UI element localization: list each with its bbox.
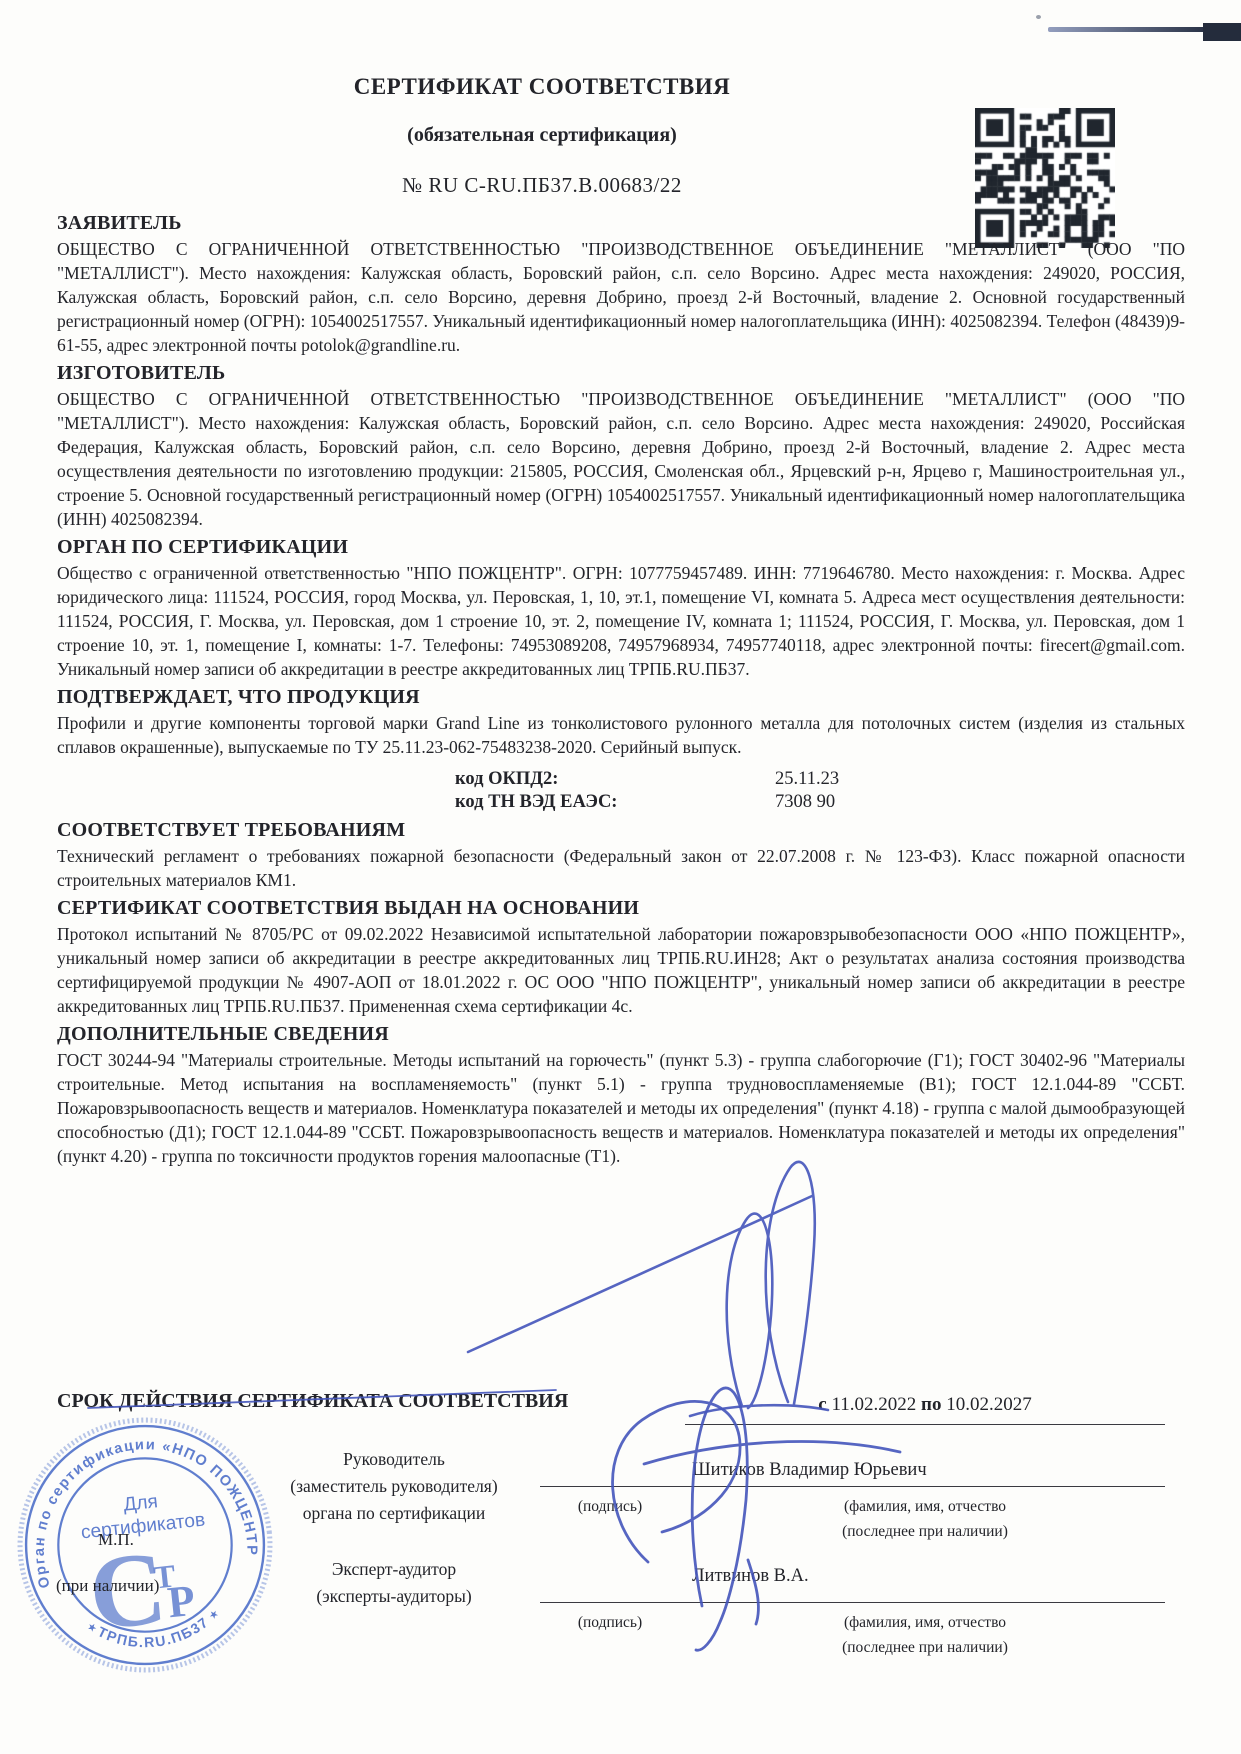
role-head-line2: (заместитель руководителя) [262, 1473, 526, 1500]
scan-artifact-speck [1036, 15, 1041, 19]
validity-dates: с 11.02.2022 по 10.02.2027 [685, 1394, 1165, 1416]
mp-note: (при наличии) [56, 1576, 159, 1596]
validity-to-label: по [921, 1394, 941, 1415]
stamp-center-line1: Для [122, 1491, 158, 1515]
code-okpd2-row: код ОКПД2: 25.11.23 [57, 769, 1185, 790]
role-head-line3: органа по сертификации [262, 1500, 526, 1527]
certificate-page: СЕРТИФИКАТ СООТВЕТСТВИЯ (обязательная се… [0, 0, 1241, 1754]
validity-from-date: 11.02.2022 [831, 1394, 916, 1415]
code-okpd2-value: 25.11.23 [775, 769, 839, 790]
validity-underline [685, 1424, 1165, 1425]
section-certification-body-heading: ОРГАН ПО СЕРТИФИКАЦИИ [57, 536, 1185, 559]
fio-caption-2-line2: (последнее при наличии) [790, 1635, 1060, 1660]
section-basis: СЕРТИФИКАТ СООТВЕТСТВИЯ ВЫДАН НА ОСНОВАН… [57, 897, 1185, 1018]
sections: ЗАЯВИТЕЛЬ ОБЩЕСТВО С ОГРАНИЧЕННОЙ ОТВЕТС… [57, 212, 1185, 1168]
section-certification-body: ОРГАН ПО СЕРТИФИКАЦИИ Общество с огранич… [57, 536, 1185, 681]
section-requirements: СООТВЕТСТВУЕТ ТРЕБОВАНИЯМ Технический ре… [57, 819, 1185, 892]
sign-caption-1: (подпись) [545, 1494, 675, 1519]
product-codes: код ОКПД2: 25.11.23 код ТН ВЭД ЕАЭС: 730… [57, 769, 1185, 813]
fio-caption-1-line2: (последнее при наличии) [790, 1519, 1060, 1544]
mp-label: М.П. [98, 1530, 134, 1550]
certification-stamp: Орган по сертификации «НПО ПОЖЦЕНТР» ٭ Т… [14, 1412, 276, 1674]
code-tnved-value: 7308 90 [775, 792, 835, 813]
section-certification-body-text: Общество с ограниченной ответственностью… [57, 561, 1185, 681]
section-additional-info-heading: ДОПОЛНИТЕЛЬНЫЕ СВЕДЕНИЯ [57, 1023, 1185, 1046]
section-applicant: ЗАЯВИТЕЛЬ ОБЩЕСТВО С ОГРАНИЧЕННОЙ ОТВЕТС… [57, 212, 1185, 357]
role-expert-auditor: Эксперт-аудитор (эксперты-аудиторы) [262, 1556, 526, 1610]
expert-name: Литвинов В.А. [692, 1566, 809, 1587]
fio-caption-1: (фамилия, имя, отчество (последнее при н… [790, 1494, 1060, 1544]
stamp-logo-r: Р [165, 1575, 197, 1628]
certificate-title: СЕРТИФИКАТ СООТВЕТСТВИЯ [57, 74, 1027, 100]
sign-caption-2: (подпись) [545, 1610, 675, 1635]
section-additional-info-body: ГОСТ 30244-94 "Материалы строительные. М… [57, 1048, 1185, 1168]
section-product-heading: ПОДТВЕРЖДАЕТ, ЧТО ПРОДУКЦИЯ [57, 686, 1185, 709]
section-manufacturer-body: ОБЩЕСТВО С ОГРАНИЧЕННОЙ ОТВЕТСТВЕННОСТЬЮ… [57, 387, 1185, 531]
section-product: ПОДТВЕРЖДАЕТ, ЧТО ПРОДУКЦИЯ Профили и др… [57, 686, 1185, 759]
signature-line-2 [540, 1602, 1165, 1603]
section-manufacturer-heading: ИЗГОТОВИТЕЛЬ [57, 362, 1185, 385]
head-name: Шитиков Владимир Юрьевич [692, 1460, 927, 1481]
fio-caption-2-line1: (фамилия, имя, отчество [790, 1610, 1060, 1635]
section-requirements-body: Технический регламент о требованиях пожа… [57, 844, 1185, 892]
validity-to-date: 10.02.2027 [946, 1394, 1032, 1415]
title-block: СЕРТИФИКАТ СООТВЕТСТВИЯ (обязательная се… [57, 74, 1027, 198]
section-basis-body: Протокол испытаний № 8705/РС от 09.02.20… [57, 922, 1185, 1018]
role-head-of-body: Руководитель (заместитель руководителя) … [262, 1446, 526, 1527]
section-additional-info: ДОПОЛНИТЕЛЬНЫЕ СВЕДЕНИЯ ГОСТ 30244-94 "М… [57, 1023, 1185, 1168]
fio-caption-1-line1: (фамилия, имя, отчество [790, 1494, 1060, 1519]
validity-from-label: с [818, 1394, 826, 1415]
section-applicant-body: ОБЩЕСТВО С ОГРАНИЧЕННОЙ ОТВЕТСТВЕННОСТЬЮ… [57, 237, 1185, 357]
fio-caption-2: (фамилия, имя, отчество (последнее при н… [790, 1610, 1060, 1660]
certificate-content: СЕРТИФИКАТ СООТВЕТСТВИЯ (обязательная се… [57, 74, 1185, 1168]
code-tnved-label: код ТН ВЭД ЕАЭС: [455, 792, 775, 813]
scan-artifact-blob [1203, 23, 1241, 41]
role-expert-line2: (эксперты-аудиторы) [262, 1583, 526, 1610]
role-head-line1: Руководитель [262, 1446, 526, 1473]
section-requirements-heading: СООТВЕТСТВУЕТ ТРЕБОВАНИЯМ [57, 819, 1185, 842]
certificate-number: № RU С-RU.ПБ37.В.00683/22 [57, 173, 1027, 198]
signature-1 [88, 1162, 828, 1416]
role-expert-line1: Эксперт-аудитор [262, 1556, 526, 1583]
validity-heading: СРОК ДЕЙСТВИЯ СЕРТИФИКАТА СООТВЕТСТВИЯ [57, 1390, 568, 1413]
certificate-subtitle: (обязательная сертификация) [57, 124, 1027, 147]
section-basis-heading: СЕРТИФИКАТ СООТВЕТСТВИЯ ВЫДАН НА ОСНОВАН… [57, 897, 1185, 920]
code-okpd2-label: код ОКПД2: [455, 769, 775, 790]
section-applicant-heading: ЗАЯВИТЕЛЬ [57, 212, 1185, 235]
scan-artifact-line [1048, 27, 1208, 32]
section-product-body: Профили и другие компоненты торговой мар… [57, 711, 1185, 759]
code-tnved-row: код ТН ВЭД ЕАЭС: 7308 90 [57, 792, 1185, 813]
stamp-graphic: Орган по сертификации «НПО ПОЖЦЕНТР» ٭ Т… [14, 1412, 276, 1674]
section-manufacturer: ИЗГОТОВИТЕЛЬ ОБЩЕСТВО С ОГРАНИЧЕННОЙ ОТВ… [57, 362, 1185, 531]
signature-line-1 [540, 1486, 1165, 1487]
